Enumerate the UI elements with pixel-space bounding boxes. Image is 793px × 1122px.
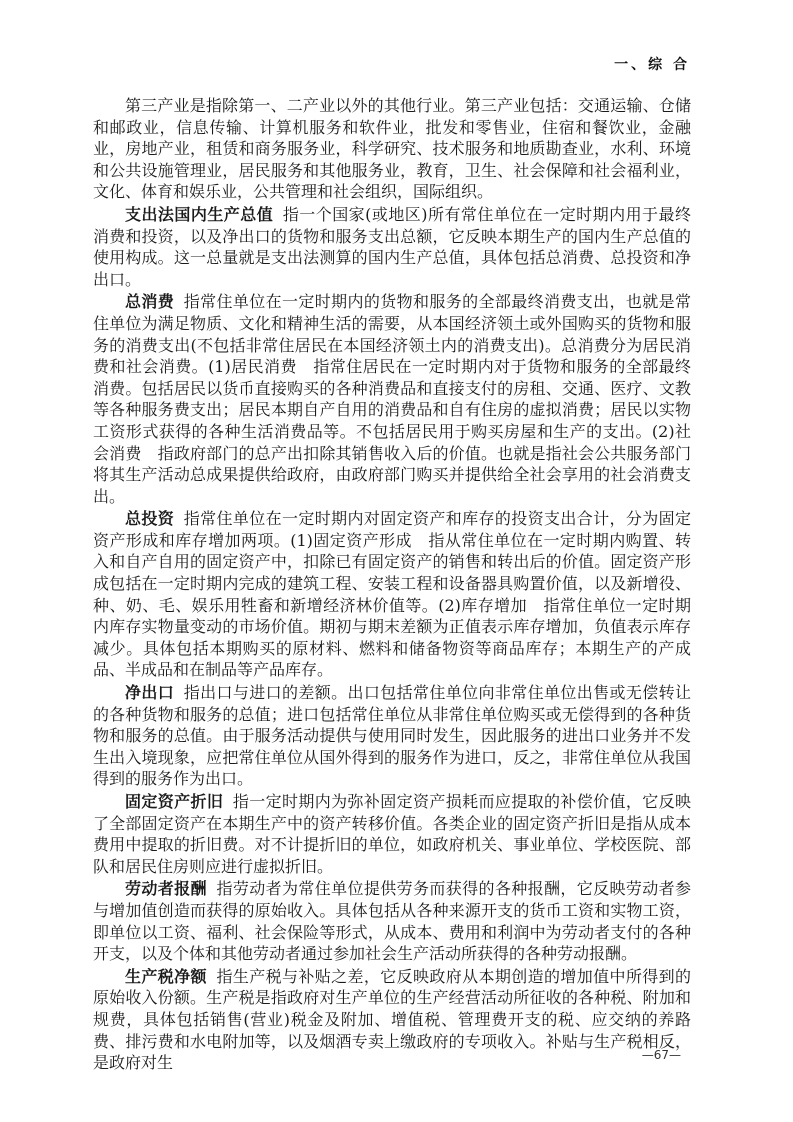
term-heading: 生产税净额 <box>125 967 207 986</box>
paragraph-text: 指常住单位在一定时期内的货物和服务的全部最终消费支出，也就是常住单位为满足物质、… <box>93 292 691 505</box>
page-number: —67— <box>642 1048 681 1062</box>
term-heading: 劳动者报酬 <box>125 879 207 898</box>
term-heading: 总消费 <box>125 292 174 311</box>
document-body: 第三产业是指除第一、二产业以外的其他行业。第三产业包括：交通运输、仓储和邮政业，… <box>93 95 691 1075</box>
paragraph-expenditure-gdp: 支出法国内生产总值指一个国家(或地区)所有常住单位在一定时期内用于最终消费和投资… <box>93 204 691 290</box>
term-heading: 固定资产折旧 <box>125 792 223 811</box>
section-header: 一、综 合 <box>614 54 690 74</box>
paragraph-depreciation: 固定资产折旧指一定时期内为弥补固定资产损耗而应提取的补偿价值，它反映了全部固定资… <box>93 791 691 877</box>
paragraph-text: 指出口与进口的差额。出口包括常住单位向非常住单位出售或无偿转让的各种货物和服务的… <box>93 683 691 788</box>
paragraph-net-production-tax: 生产税净额指生产税与补贴之差，它反映政府从本期创造的增加值中所得到的原始收入份额… <box>93 966 691 1074</box>
paragraph-total-investment: 总投资指常住单位在一定时期内对固定资产和库存的投资支出合计，分为固定资产形成和库… <box>93 508 691 681</box>
term-heading: 净出口 <box>125 683 174 702</box>
paragraph-compensation: 劳动者报酬指劳动者为常住单位提供劳务而获得的各种报酬，它反映劳动者参与增加值创造… <box>93 878 691 964</box>
paragraph-total-consumption: 总消费指常住单位在一定时期内的货物和服务的全部最终消费支出，也就是常住单位为满足… <box>93 291 691 507</box>
paragraph-text: 指常住单位在一定时期内对固定资产和库存的投资支出合计，分为固定资产形成和库存增加… <box>93 509 691 679</box>
term-heading: 总投资 <box>125 509 174 528</box>
term-heading: 支出法国内生产总值 <box>125 205 273 224</box>
paragraph-text: 第三产业是指除第一、二产业以外的其他行业。第三产业包括：交通运输、仓储和邮政业，… <box>93 96 691 201</box>
paragraph-net-exports: 净出口指出口与进口的差额。出口包括常住单位向非常住单位出售或无偿转让的各种货物和… <box>93 682 691 790</box>
paragraph-tertiary-industry: 第三产业是指除第一、二产业以外的其他行业。第三产业包括：交通运输、仓储和邮政业，… <box>93 95 691 203</box>
